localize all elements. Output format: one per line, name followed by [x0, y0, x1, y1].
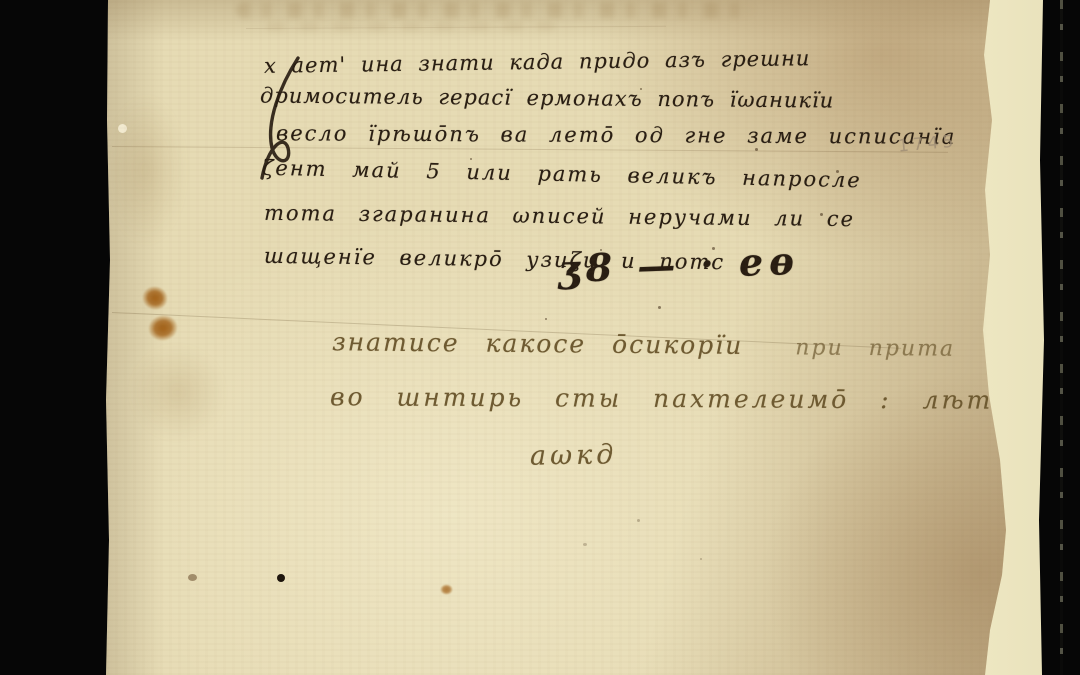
manuscript-page: х ает' ина знати када придо азъ грешни д…	[106, 0, 1007, 675]
pencil-date-annotation: 1745	[897, 131, 958, 156]
stain	[130, 345, 225, 440]
photographed-manuscript: х ает' ина знати када придо азъ грешни д…	[0, 0, 1080, 675]
manuscript-text-line: дримоситель герасї ермонахъ попъ їωаникї…	[260, 83, 834, 112]
manuscript-text-line: тота згаранина ωписей неручами ли се	[264, 201, 855, 231]
stain	[106, 95, 186, 245]
manuscript-text: знатисе какосе ōсикорїи	[332, 327, 744, 360]
stain	[139, 283, 170, 313]
manuscript-text-faint: при прита	[795, 335, 955, 361]
manuscript-text-line: весло їрѣшōпъ ва летō од гне заме исписа…	[276, 121, 956, 149]
stain	[146, 313, 180, 344]
ink-flourish: ʒ8 — · еѳ	[557, 238, 800, 291]
paper-fleck	[118, 124, 127, 133]
ink-show-through	[236, 2, 756, 18]
manuscript-text-line: знатисе какосе ōсикорїи при прита	[332, 327, 955, 361]
ink-spot	[188, 574, 197, 581]
manuscript-text-line: ζент май 5 или рать великъ напросле	[262, 156, 862, 193]
manuscript-text-line: во шнтирь сты пахтелеимō : лѣто	[330, 382, 1011, 415]
binding-edge	[1060, 0, 1063, 675]
manuscript-year: аωкд	[530, 439, 618, 472]
stain	[440, 584, 453, 595]
manuscript-text-line: х ает' ина знати када придо азъ грешни	[264, 46, 811, 78]
ink-spot	[277, 574, 285, 582]
